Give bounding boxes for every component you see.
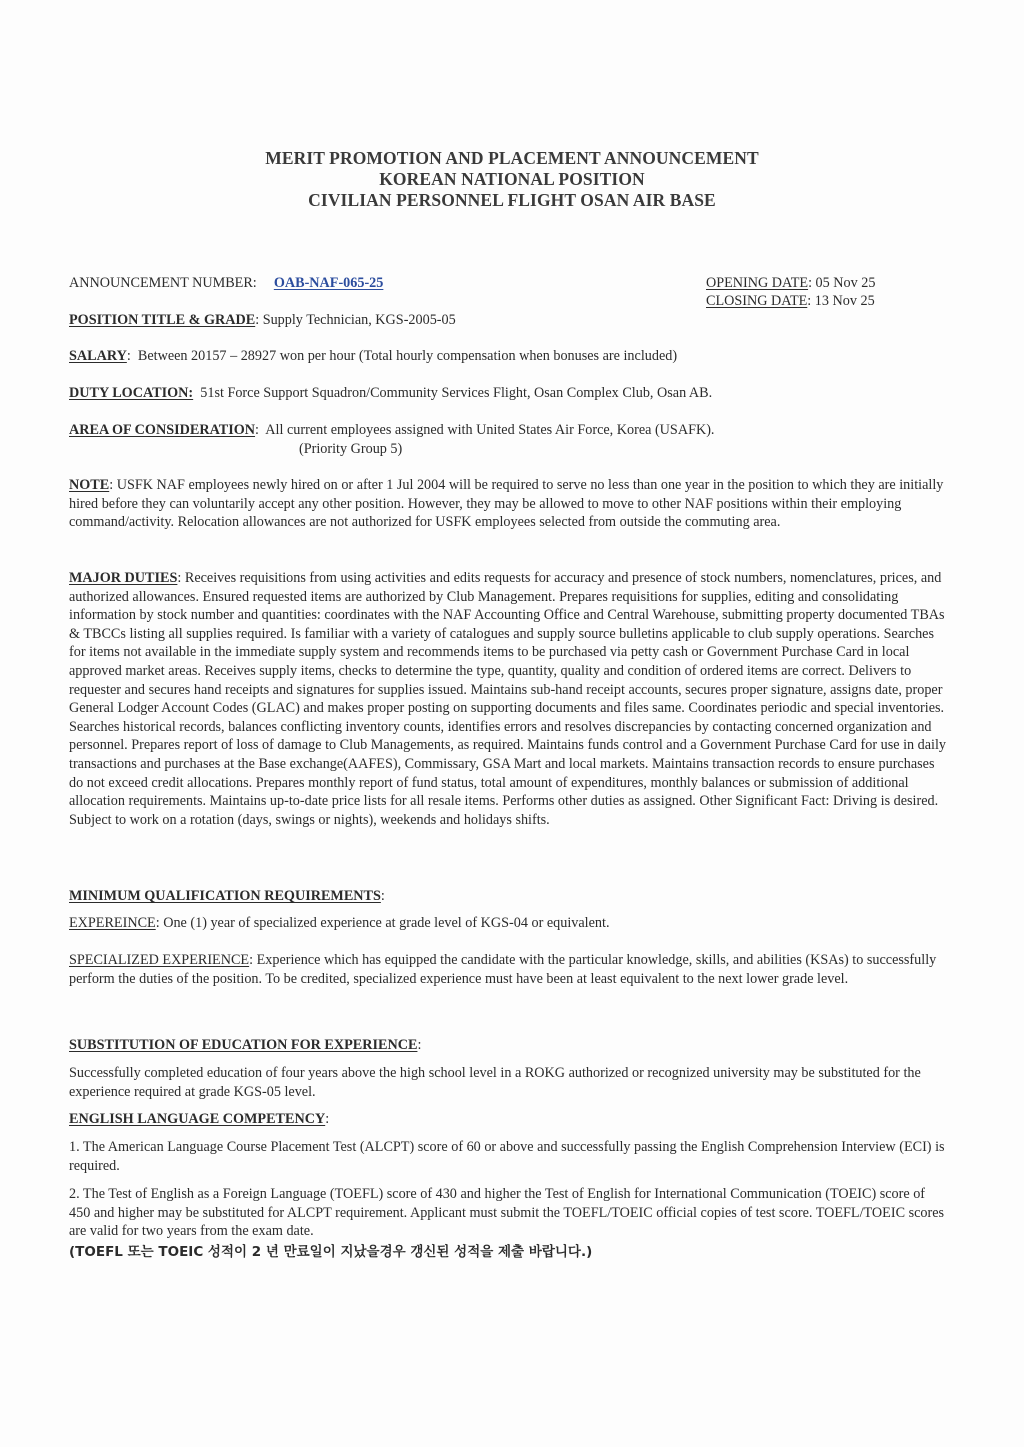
area-value: : All current employees assigned with Un… [255,422,714,438]
english-item-2: 2. The Test of English as a Foreign Lang… [69,1185,949,1241]
duty-location-value: 51st Force Support Squadron/Community Se… [193,385,712,401]
duty-location: DUTY LOCATION: 51st Force Support Squadr… [69,384,712,403]
position-value: : Supply Technician, KGS-2005-05 [255,312,456,328]
min-qualifications-heading: MINIMUM QUALIFICATION REQUIREMENTS: [69,887,385,906]
opening-date: OPENING DATE: 05 Nov 25 [706,274,875,293]
opening-date-value: : 05 Nov 25 [808,275,875,291]
position-label: POSITION TITLE & GRADE [69,312,255,328]
title-line-2: KOREAN NATIONAL POSITION [0,169,1024,190]
announcement-number-label: ANNOUNCEMENT NUMBER: [69,275,257,291]
announcement-number-row: ANNOUNCEMENT NUMBER: OAB-NAF-065-25 [69,274,383,293]
min-qualifications-colon: : [381,888,385,904]
title-line-1: MERIT PROMOTION AND PLACEMENT ANNOUNCEME… [0,148,1024,169]
note-paragraph: NOTE: USFK NAF employees newly hired on … [69,476,949,532]
note-text: : USFK NAF employees newly hired on or a… [69,477,943,530]
major-duties-label: MAJOR DUTIES [69,570,177,586]
priority-group: (Priority Group 5) [299,440,402,459]
substitution-label: SUBSTITUTION OF EDUCATION FOR EXPERIENCE [69,1037,417,1053]
document-page: MERIT PROMOTION AND PLACEMENT ANNOUNCEME… [0,0,1024,1447]
substitution-paragraph: Successfully completed education of four… [69,1064,949,1101]
position-title-grade: POSITION TITLE & GRADE: Supply Technicia… [69,311,456,330]
specialized-experience-label: SPECIALIZED EXPERIENCE [69,952,249,968]
title-line-3: CIVILIAN PERSONNEL FLIGHT OSAN AIR BASE [0,190,1024,211]
major-duties-paragraph: MAJOR DUTIES: Receives requisitions from… [69,569,949,829]
experience-text: : One (1) year of specialized experience… [156,915,610,931]
substitution-colon: : [417,1037,421,1053]
area-of-consideration: AREA OF CONSIDERATION: All current emplo… [69,421,714,440]
closing-date: CLOSING DATE: 13 Nov 25 [706,292,875,311]
experience-paragraph: EXPEREINCE: One (1) year of specialized … [69,914,949,933]
korean-note: (TOEFL 또는 TOEIC 성적이 2 년 만료일이 지났을경우 갱신된 성… [69,1240,592,1260]
duty-location-label: DUTY LOCATION: [69,385,193,401]
closing-date-value: : 13 Nov 25 [807,293,874,309]
salary-value: : Between 20157 – 28927 won per hour (To… [127,348,677,364]
salary: SALARY: Between 20157 – 28927 won per ho… [69,347,677,366]
english-colon: : [325,1111,329,1127]
area-label: AREA OF CONSIDERATION [69,422,255,438]
document-title: MERIT PROMOTION AND PLACEMENT ANNOUNCEME… [0,148,1024,211]
major-duties-text: : Receives requisitions from using activ… [69,570,946,828]
substitution-heading: SUBSTITUTION OF EDUCATION FOR EXPERIENCE… [69,1036,421,1055]
min-qualifications-label: MINIMUM QUALIFICATION REQUIREMENTS [69,888,381,904]
english-label: ENGLISH LANGUAGE COMPETENCY [69,1111,325,1127]
english-item-1: 1. The American Language Course Placemen… [69,1138,949,1175]
english-heading: ENGLISH LANGUAGE COMPETENCY: [69,1110,329,1129]
specialized-experience-paragraph: SPECIALIZED EXPERIENCE: Experience which… [69,951,949,988]
salary-label: SALARY [69,348,127,364]
closing-date-label: CLOSING DATE [706,293,807,309]
note-label: NOTE [69,477,109,493]
opening-date-label: OPENING DATE [706,275,808,291]
experience-label: EXPEREINCE [69,915,156,931]
announcement-number-link[interactable]: OAB-NAF-065-25 [274,275,384,291]
